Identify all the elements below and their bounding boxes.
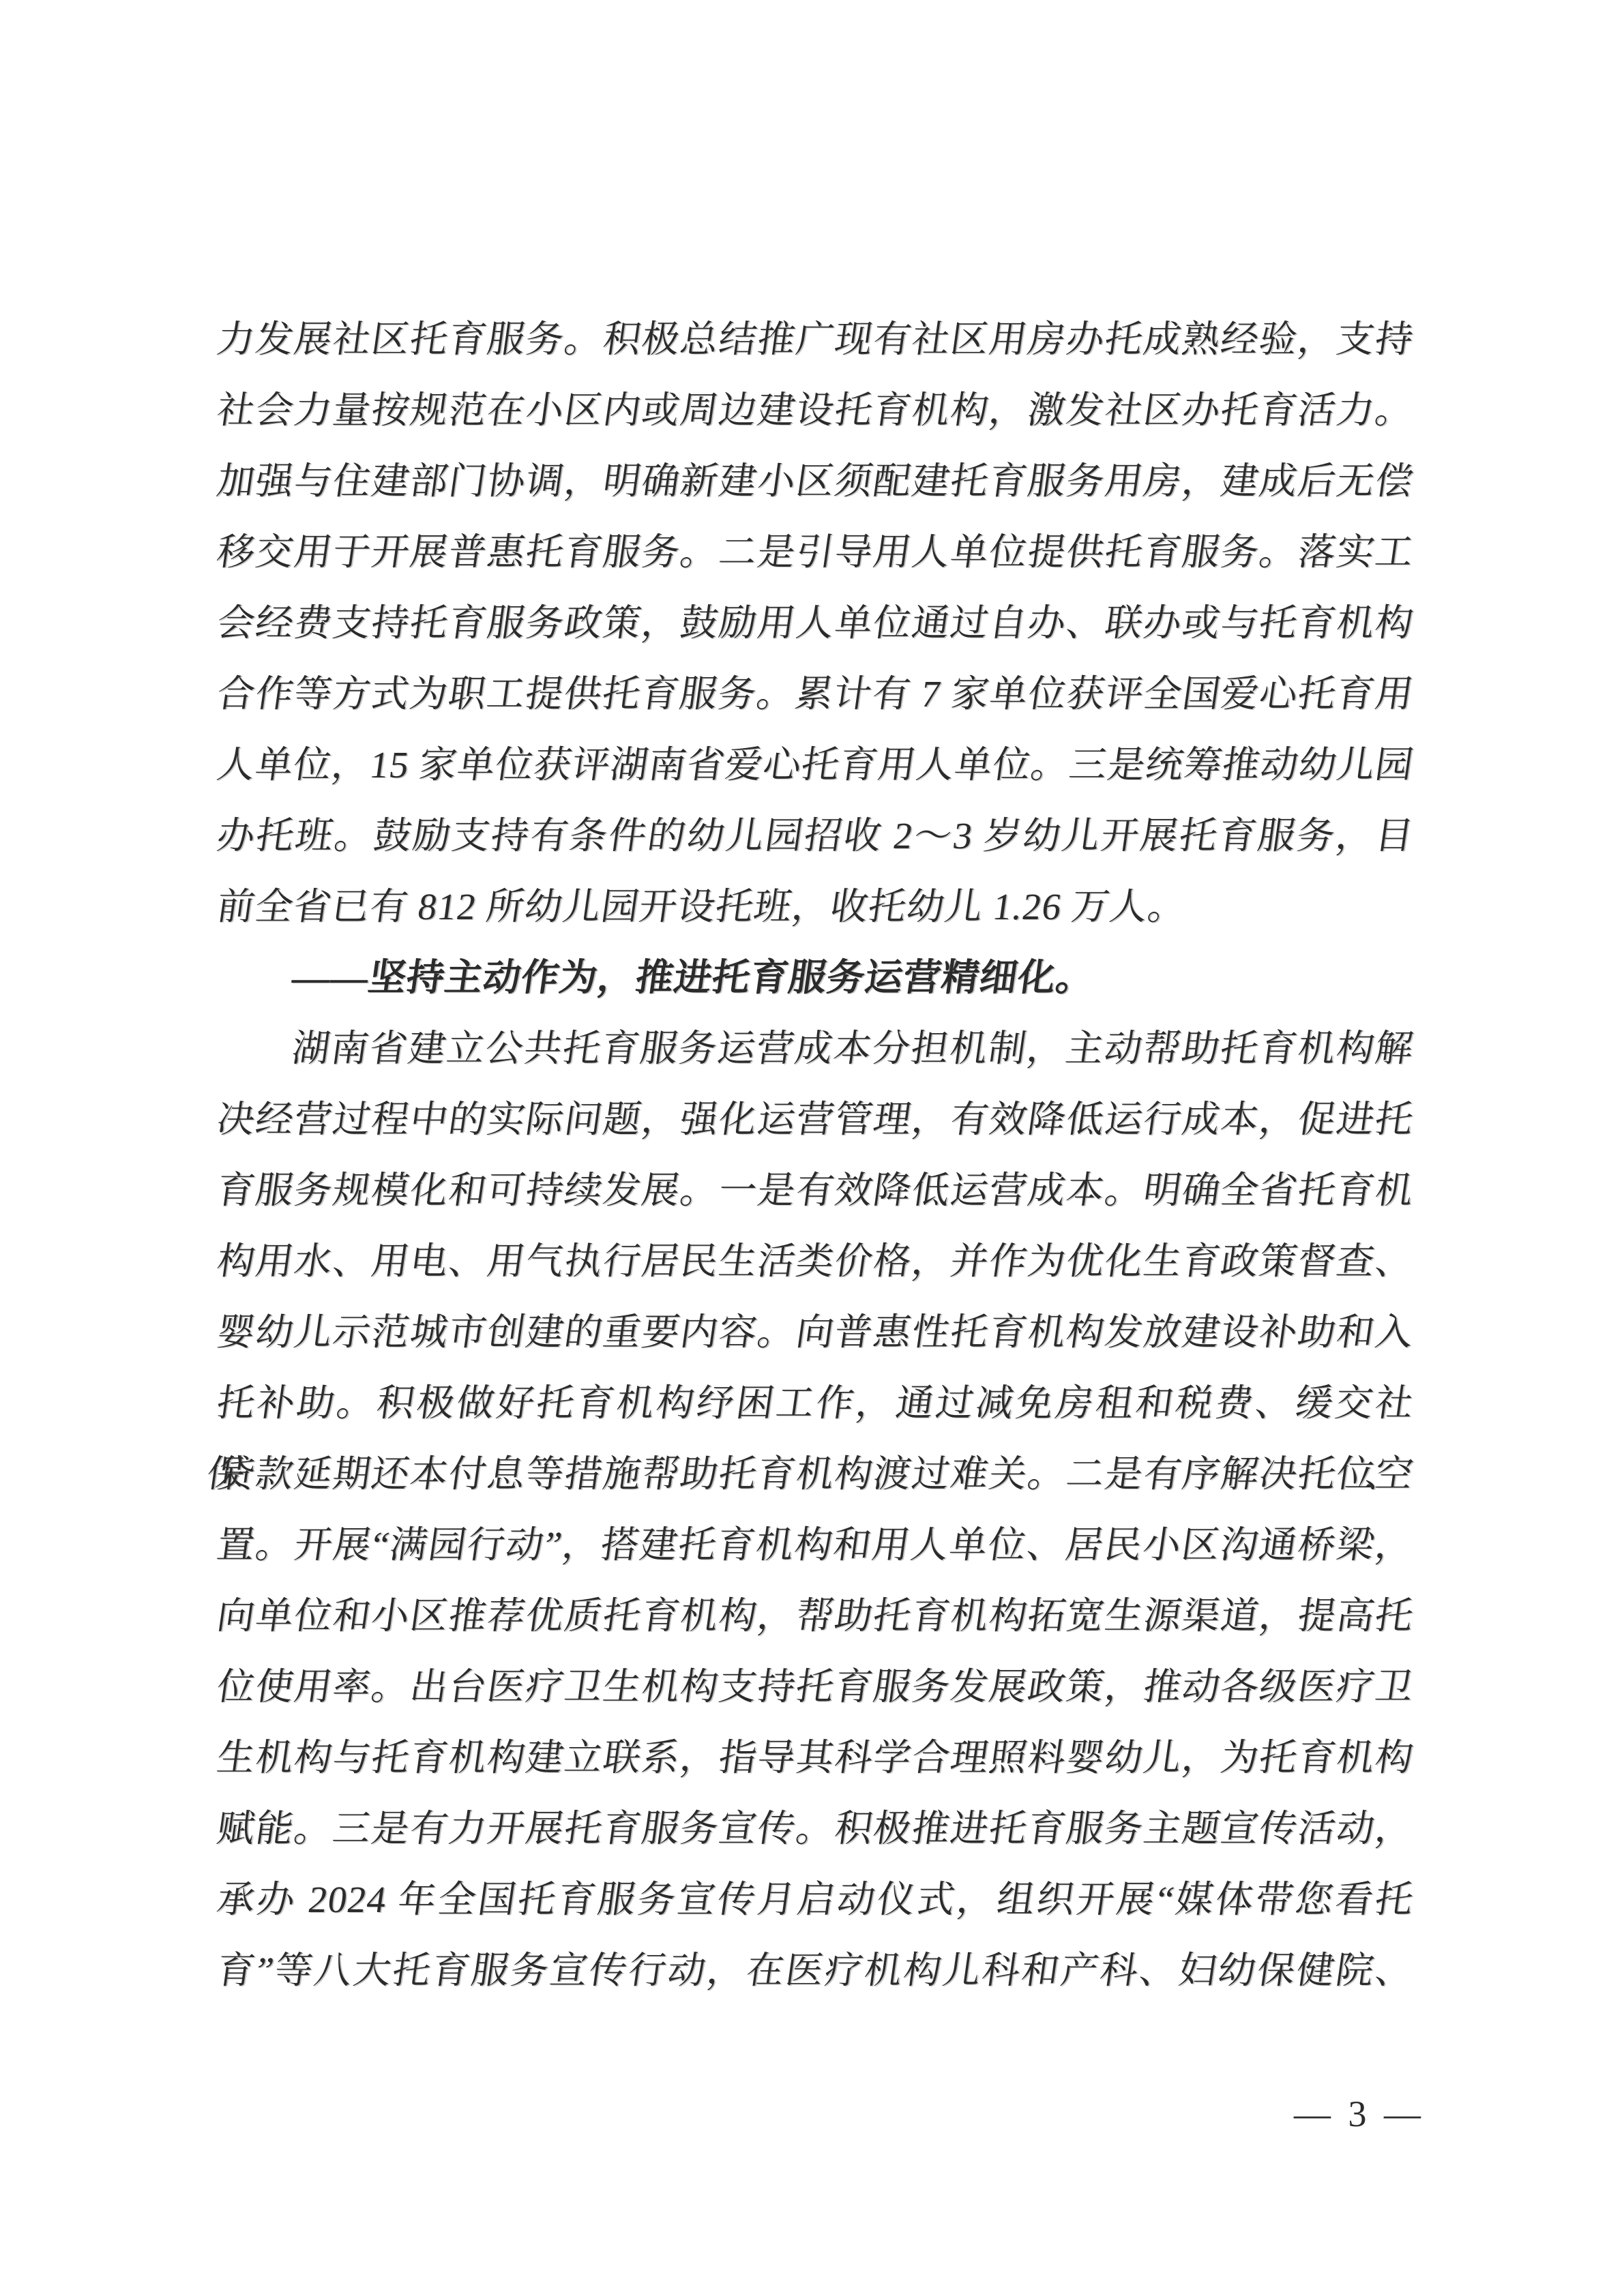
text-line: 移交用于开展普惠托育服务。二是引导用人单位提供托育服务。落实工 bbox=[212, 517, 1419, 588]
text-line: 加强与住建部门协调，明确新建小区须配建托育服务用房，建成后无偿 bbox=[212, 446, 1419, 517]
text-line: 人单位，15 家单位获评湖南省爱心托育用人单位。三是统筹推动幼儿园 bbox=[212, 730, 1419, 801]
text-line: 构用水、用电、用气执行居民生活类价格，并作为优化生育政策督查、 bbox=[212, 1226, 1419, 1297]
text-line: 位使用率。出台医疗卫生机构支持托育服务发展政策，推动各级医疗卫 bbox=[212, 1652, 1419, 1723]
text-line: 前全省已有 812 所幼儿园开设托班，收托幼儿 1.26 万人。 bbox=[212, 871, 1419, 942]
text-line: 承办 2024 年全国托育服务宣传月启动仪式，组织开展“媒体带您看托 bbox=[212, 1864, 1419, 1935]
text-line: 置。开展“满园行动”，搭建托育机构和用人单位、居民小区沟通桥梁， bbox=[212, 1510, 1419, 1581]
body-text: 力发展社区托育服务。积极总结推广现有社区用房办托成熟经验，支持社会力量按规范在小… bbox=[214, 304, 1411, 2006]
text-line: 决经营过程中的实际问题，强化运营管理，有效降低运行成本，促进托 bbox=[212, 1084, 1419, 1155]
text-line: 托补助。积极做好托育机构纾困工作，通过减免房租和税费、缓交社保、 bbox=[212, 1368, 1419, 1439]
text-line: 合作等方式为职工提供托育服务。累计有 7 家单位获评全国爱心托育用 bbox=[212, 659, 1419, 730]
text-line: 社会力量按规范在小区内或周边建设托育机构，激发社区办托育活力。 bbox=[212, 375, 1419, 446]
text-line: 生机构与托育机构建立联系，指导其科学合理照料婴幼儿，为托育机构 bbox=[212, 1723, 1419, 1793]
text-line: ——坚持主动作为，推进托育服务运营精细化。 bbox=[212, 942, 1419, 1013]
text-line: 向单位和小区推荐优质托育机构，帮助托育机构拓宽生源渠道，提高托 bbox=[212, 1581, 1419, 1652]
document-page: 力发展社区托育服务。积极总结推广现有社区用房办托成熟经验，支持社会力量按规范在小… bbox=[0, 0, 1624, 2296]
text-line: 办托班。鼓励支持有条件的幼儿园招收 2～3 岁幼儿开展托育服务，目 bbox=[212, 801, 1419, 871]
text-line: 赋能。三是有力开展托育服务宣传。积极推进托育服务主题宣传活动， bbox=[212, 1793, 1419, 1864]
text-line: 贷款延期还本付息等措施帮助托育机构渡过难关。二是有序解决托位空 bbox=[212, 1439, 1419, 1510]
text-line: 湖南省建立公共托育服务运营成本分担机制，主动帮助托育机构解 bbox=[212, 1013, 1419, 1084]
text-line: 会经费支持托育服务政策，鼓励用人单位通过自办、联办或与托育机构 bbox=[212, 588, 1419, 659]
page-number: — 3 — bbox=[1294, 2087, 1425, 2141]
text-line: 力发展社区托育服务。积极总结推广现有社区用房办托成熟经验，支持 bbox=[212, 304, 1419, 375]
text-line: 婴幼儿示范城市创建的重要内容。向普惠性托育机构发放建设补助和入 bbox=[212, 1297, 1419, 1368]
text-line: 育服务规模化和可持续发展。一是有效降低运营成本。明确全省托育机 bbox=[212, 1155, 1419, 1226]
text-line: 育”等八大托育服务宣传行动，在医疗机构儿科和产科、妇幼保健院、 bbox=[212, 1935, 1419, 2006]
